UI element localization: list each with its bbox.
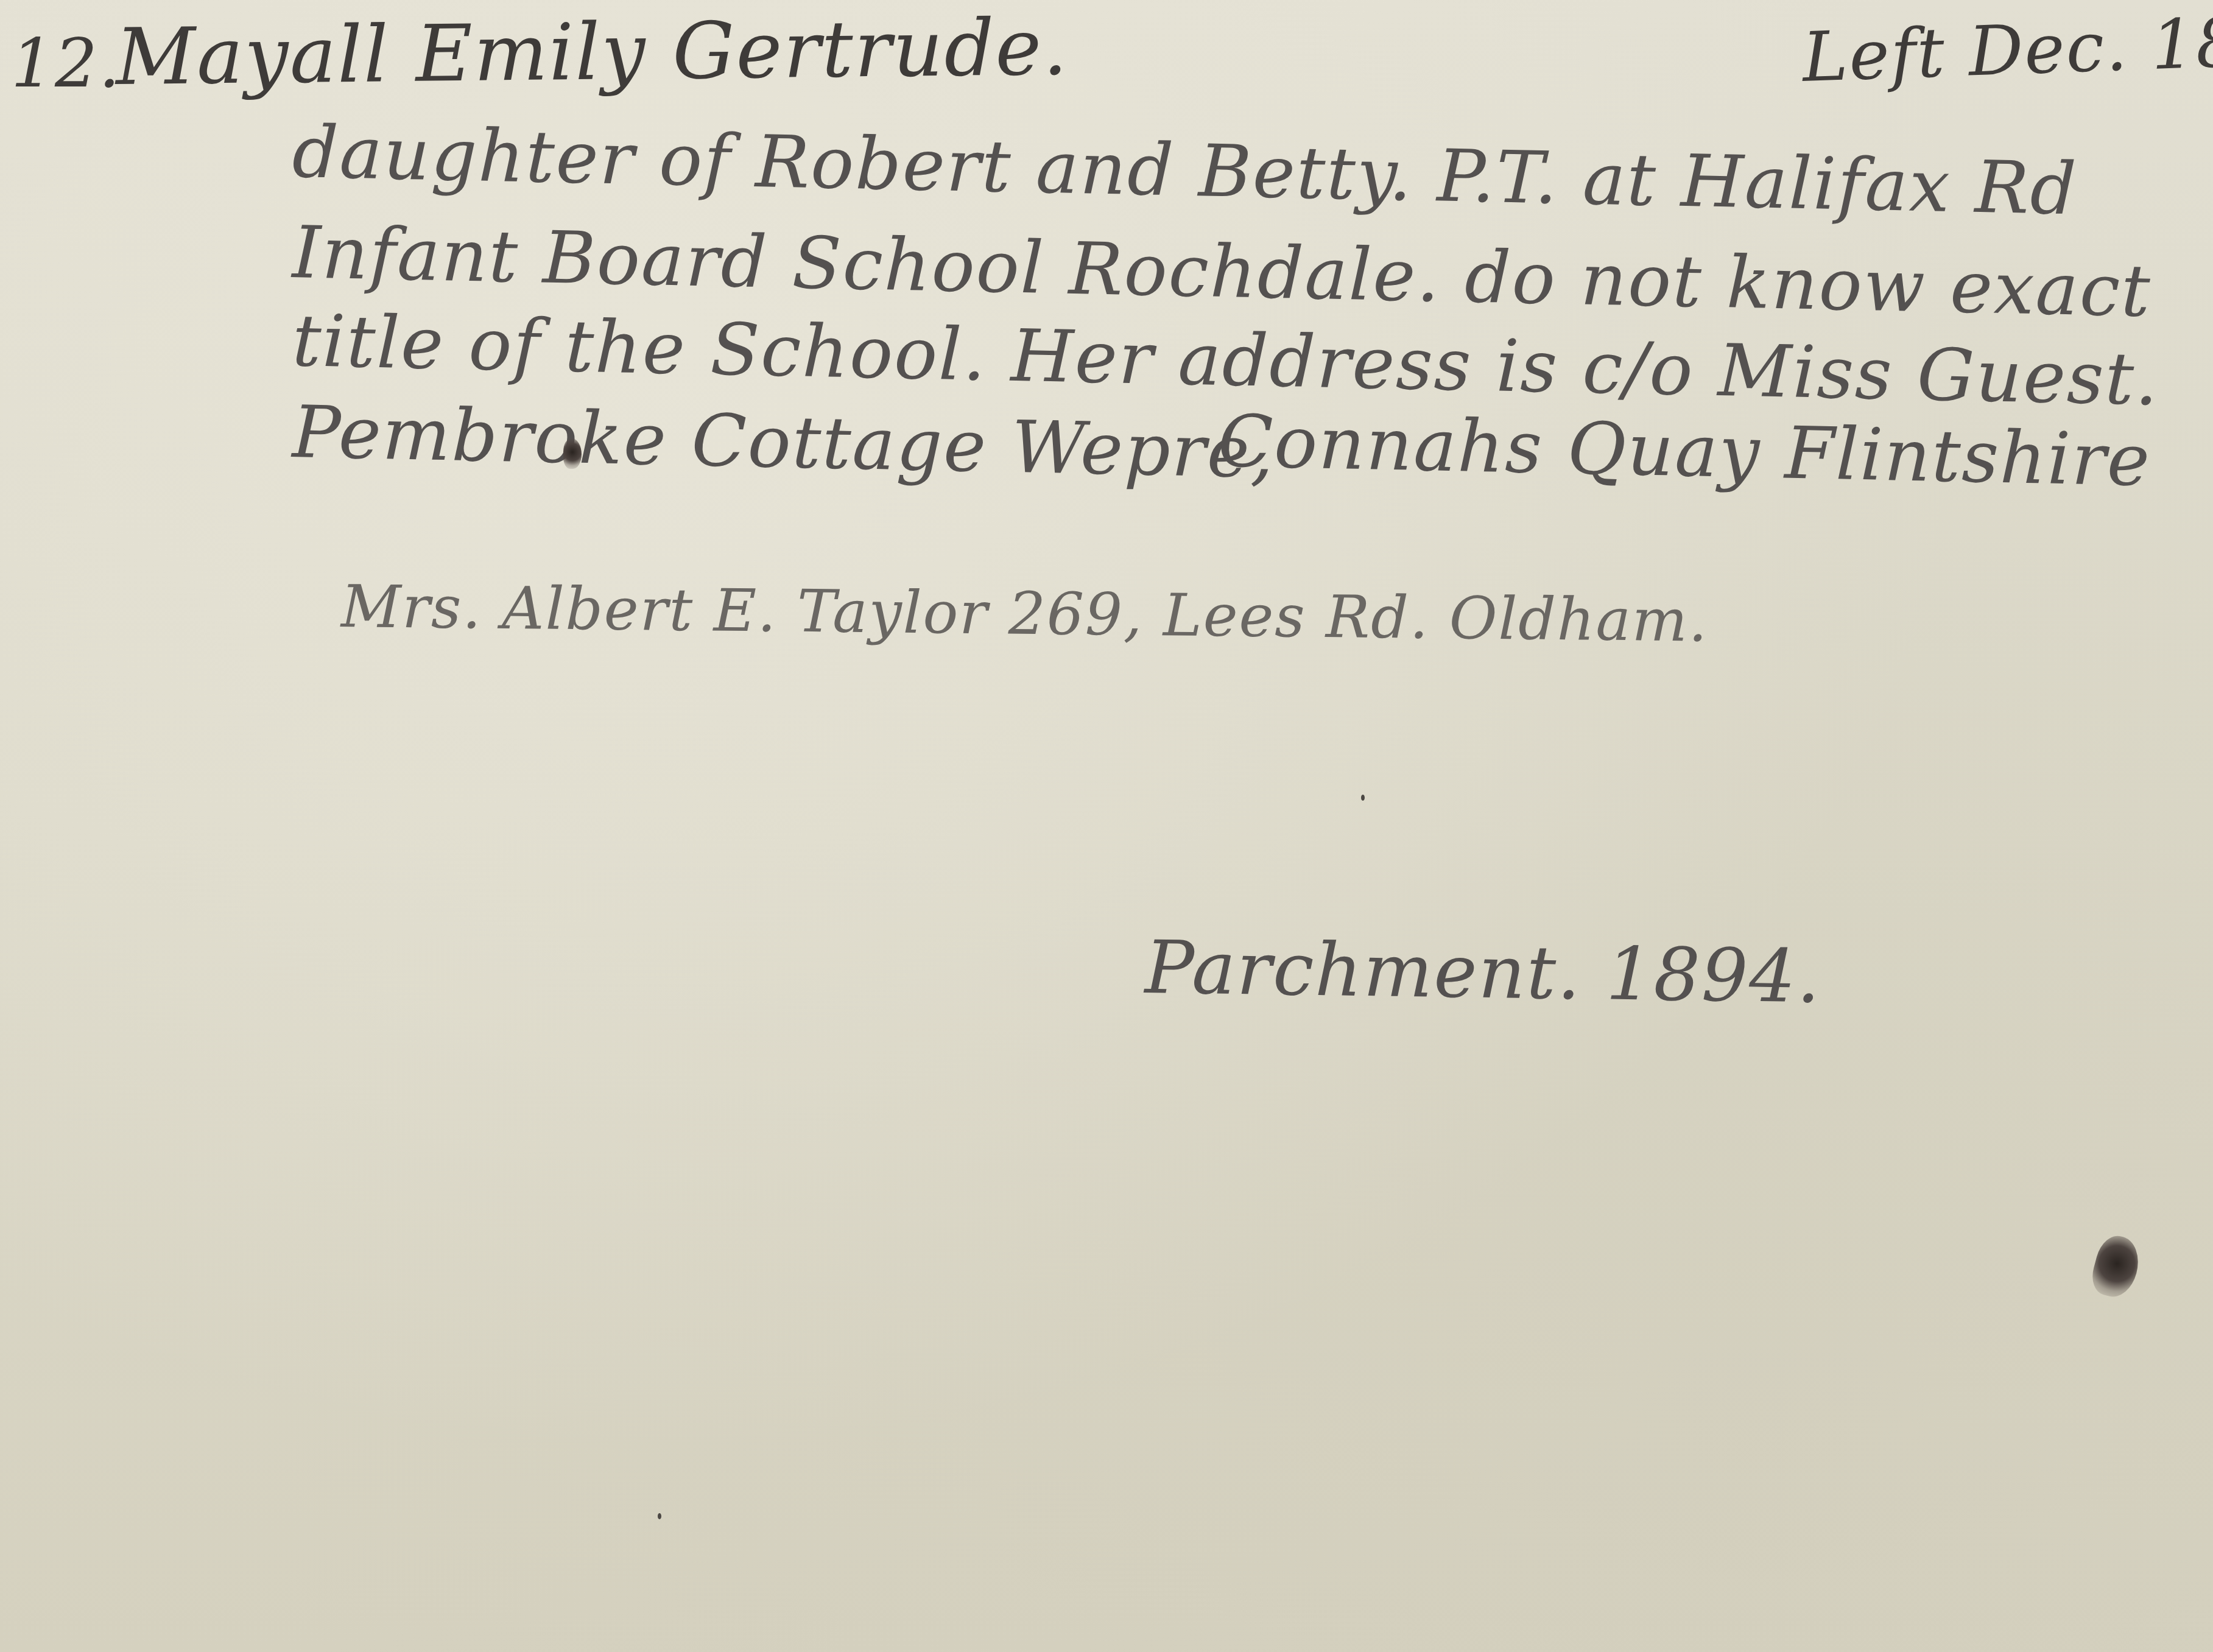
register-page: 12. Mayall Emily Gertrude. Left Dec. 189… (0, 0, 2213, 1652)
later-address: Mrs. Albert E. Taylor 269, Lees Rd. Oldh… (340, 572, 1709, 655)
paper-speck (1361, 795, 1365, 801)
ink-blot-icon (563, 438, 582, 469)
body-line-4: Pembroke Cottage Wepre, (292, 390, 1276, 494)
body-line-1: daughter of Robert and Betty. P.T. at Ha… (292, 110, 2078, 231)
parchment-note: Parchment. 1894. (1144, 926, 1822, 1019)
left-date-note: Left Dec. 1891 (1801, 0, 2213, 97)
entry-name: Mayall Emily Gertrude. (115, 2, 1069, 103)
paper-speck (658, 1513, 661, 1519)
ink-blot-icon (2088, 1232, 2144, 1302)
entry-number: 12. (11, 24, 121, 102)
